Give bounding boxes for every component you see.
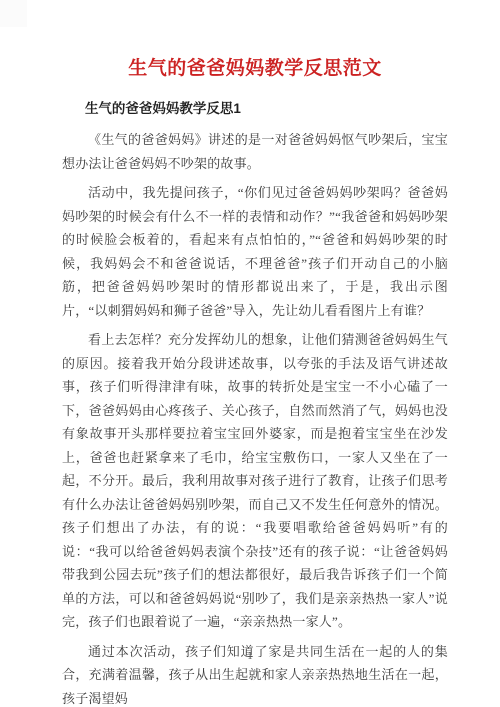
paragraph-intro: 《生气的爸爸妈妈》讲述的是一对爸爸妈妈怄气吵架后，宝宝想办法让爸爸妈妈不吵架的故… bbox=[62, 128, 448, 175]
page-title: 生气的爸爸妈妈教学反思范文 bbox=[62, 56, 448, 82]
section-heading: 生气的爸爸妈妈教学反思1 bbox=[62, 99, 448, 119]
corner-artifact bbox=[0, 0, 27, 27]
document-page: 生气的爸爸妈妈教学反思范文 生气的爸爸妈妈教学反思1 《生气的爸爸妈妈》讲述的是… bbox=[0, 0, 500, 707]
paragraph-activity: 活动中，我先提问孩子，“你们见过爸爸妈妈吵架吗？爸爸妈妈吵架的时候会有什么不一样… bbox=[62, 181, 448, 322]
paragraph-story: 看上去怎样？充分发挥幼儿的想象，让他们猜测爸爸妈妈生气的原因。接着我开始分段讲述… bbox=[62, 328, 448, 634]
page-number: 1 bbox=[0, 650, 500, 662]
